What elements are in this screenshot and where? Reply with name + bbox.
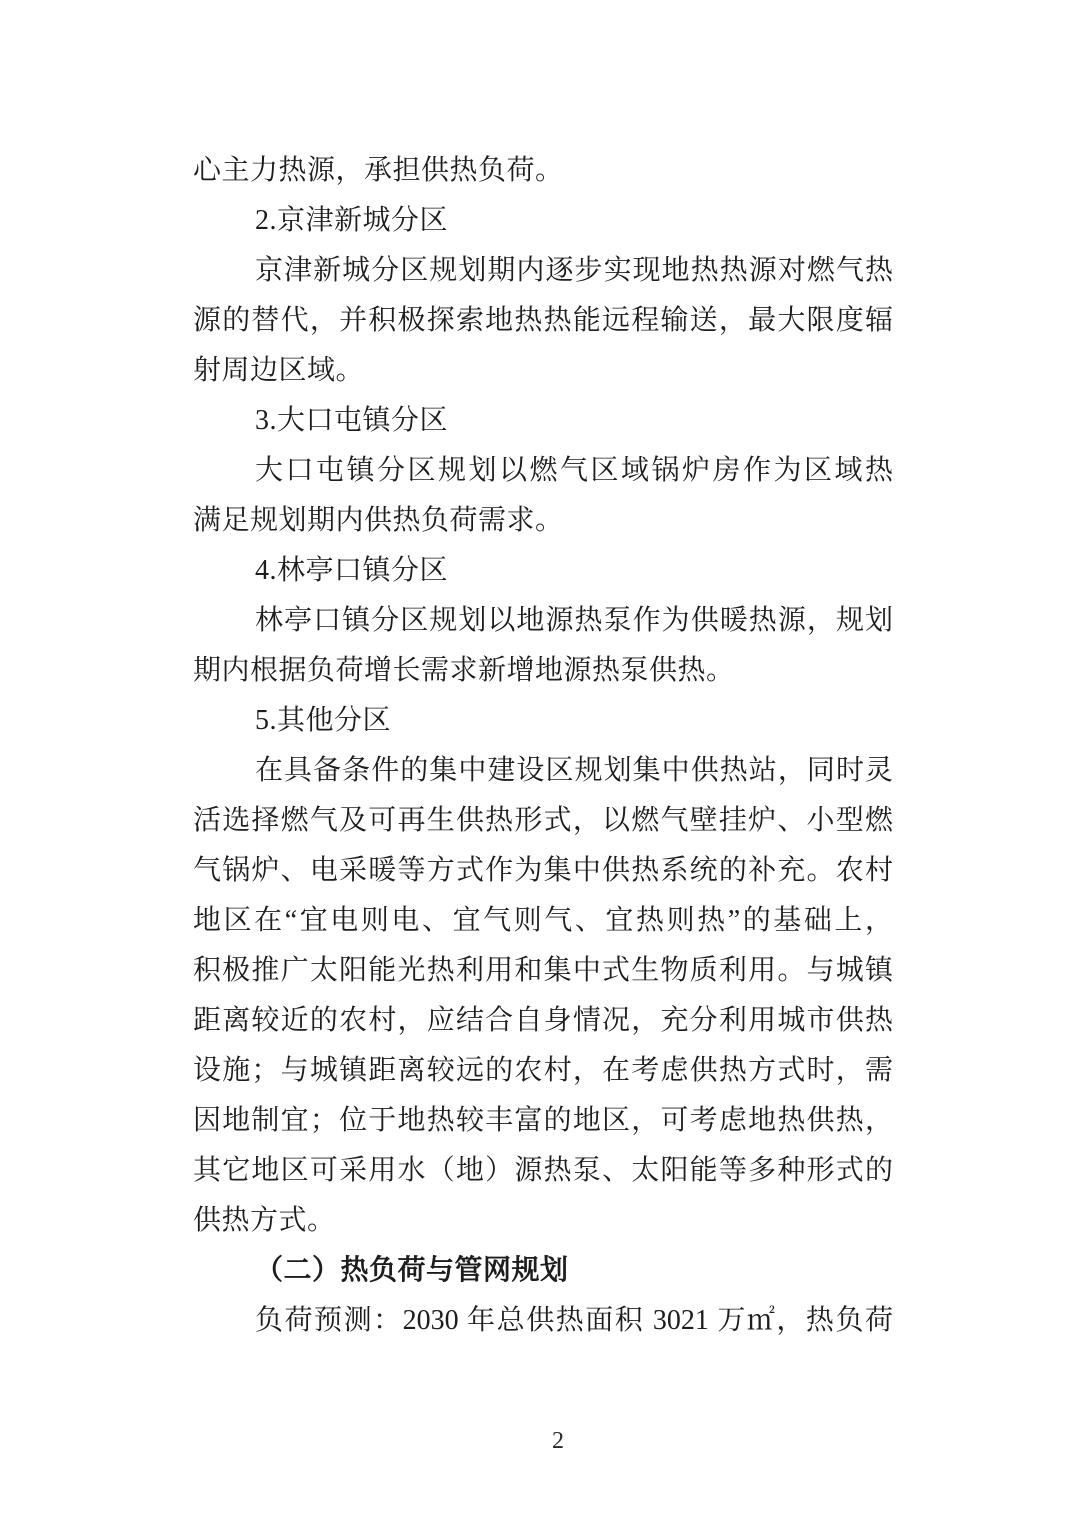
text-line: 心主力热源，承担供热负荷。: [193, 146, 893, 196]
document-body: 心主力热源，承担供热负荷。2.京津新城分区京津新城分区规划期内逐步实现地热热源对…: [193, 146, 893, 1346]
heading-line: （二）热负荷与管网规划: [193, 1246, 893, 1296]
text-line: 京津新城分区规划期内逐步实现地热热源对燃气热: [193, 246, 893, 296]
text-line: 供热方式。: [193, 1196, 893, 1246]
text-line: 4.林亭口镇分区: [193, 546, 893, 596]
text-line: 气锅炉、电采暖等方式作为集中供热系统的补充。农村: [193, 846, 893, 896]
text-line: 2.京津新城分区: [193, 196, 893, 246]
text-line: 其它地区可采用水（地）源热泵、太阳能等多种形式的: [193, 1146, 893, 1196]
text-line: 林亭口镇分区规划以地源热泵作为供暖热源，规划: [193, 596, 893, 646]
text-line: 距离较近的农村，应结合自身情况，充分利用城市供热: [193, 996, 893, 1046]
text-line: 源的替代，并积极探索地热热能远程输送，最大限度辐: [193, 296, 893, 346]
text-line: 5.其他分区: [193, 696, 893, 746]
text-line: 满足规划期内供热负荷需求。: [193, 496, 893, 546]
text-line: 在具备条件的集中建设区规划集中供热站，同时灵: [193, 746, 893, 796]
text-line: 积极推广太阳能光热利用和集中式生物质利用。与城镇: [193, 946, 893, 996]
text-line: 射周边区域。: [193, 346, 893, 396]
text-line: 活选择燃气及可再生供热形式，以燃气壁挂炉、小型燃: [193, 796, 893, 846]
text-line: 期内根据负荷增长需求新增地源热泵供热。: [193, 646, 893, 696]
text-line: 大口屯镇分区规划以燃气区域锅炉房作为区域热源，: [193, 446, 893, 496]
text-line: 设施；与城镇距离较远的农村，在考虑供热方式时，需: [193, 1046, 893, 1096]
page-number: 2: [552, 1428, 564, 1454]
document-page: 心主力热源，承担供热负荷。2.京津新城分区京津新城分区规划期内逐步实现地热热源对…: [0, 0, 1074, 1520]
page-footer: 2: [0, 1424, 1074, 1458]
text-line: 负荷预测：2030 年总供热面积 3021 万㎡，热负荷: [193, 1296, 893, 1346]
text-line: 因地制宜；位于地热较丰富的地区，可考虑地热供热，: [193, 1096, 893, 1146]
text-line: 地区在“宜电则电、宜气则气、宜热则热”的基础上，: [193, 896, 893, 946]
text-line: 3.大口屯镇分区: [193, 396, 893, 446]
